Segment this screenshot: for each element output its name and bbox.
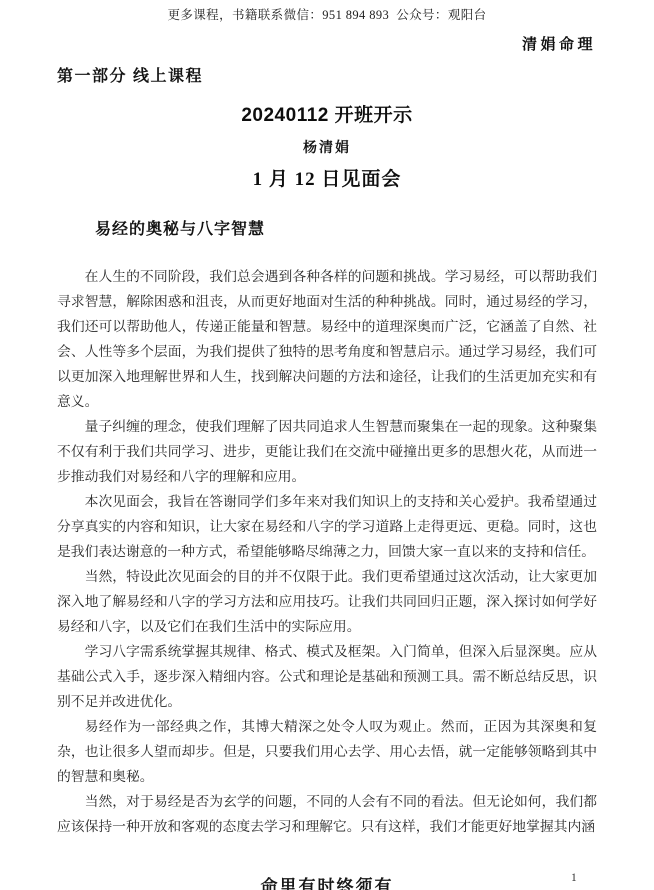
section-label: 第一部分 线上课程 (57, 63, 203, 86)
paragraph: 当然，对于易经是否为玄学的问题，不同的人会有不同的看法。但无论如何，我们都应该保… (57, 789, 597, 839)
page-number: 1 (571, 872, 577, 884)
header-promo-note: 更多课程，书籍联系微信：951 894 893 公众号：观阳台 (0, 5, 654, 23)
paragraph: 量子纠缠的理念，使我们理解了因共同追求人生智慧而聚集在一起的现象。这种聚集不仅有… (57, 414, 597, 489)
paragraph: 在人生的不同阶段，我们总会遇到各种各样的问题和挑战。学习易经，可以帮助我们寻求智… (57, 264, 597, 414)
footer-clipped-heading: 命里有时终须有 (0, 872, 654, 890)
chapter-heading: 易经的奥秘与八字智慧 (95, 216, 265, 239)
brand-signature: 清娟命理 (522, 33, 596, 54)
body-text: 在人生的不同阶段，我们总会遇到各种各样的问题和挑战。学习易经，可以帮助我们寻求智… (57, 264, 597, 839)
paragraph: 当然，特设此次见面会的目的并不仅限于此。我们更希望通过这次活动，让大家更加深入地… (57, 564, 597, 639)
document-page: 更多课程，书籍联系微信：951 894 893 公众号：观阳台 清娟命理 第一部… (0, 0, 654, 890)
document-title: 20240112 开班开示 (0, 100, 654, 127)
paragraph: 本次见面会，我旨在答谢同学们多年来对我们知识上的支持和关心爱护。我希望通过分享真… (57, 489, 597, 564)
paragraph: 学习八字需系统掌握其规律、格式、模式及框架。入门简单，但深入后显深奥。应从基础公… (57, 639, 597, 714)
meeting-subtitle: 1 月 12 日见面会 (0, 164, 654, 191)
paragraph: 易经作为一部经典之作，其博大精深之处令人叹为观止。然而，正因为其深奥和复杂，也让… (57, 714, 597, 789)
author-name: 杨清娟 (0, 137, 654, 157)
